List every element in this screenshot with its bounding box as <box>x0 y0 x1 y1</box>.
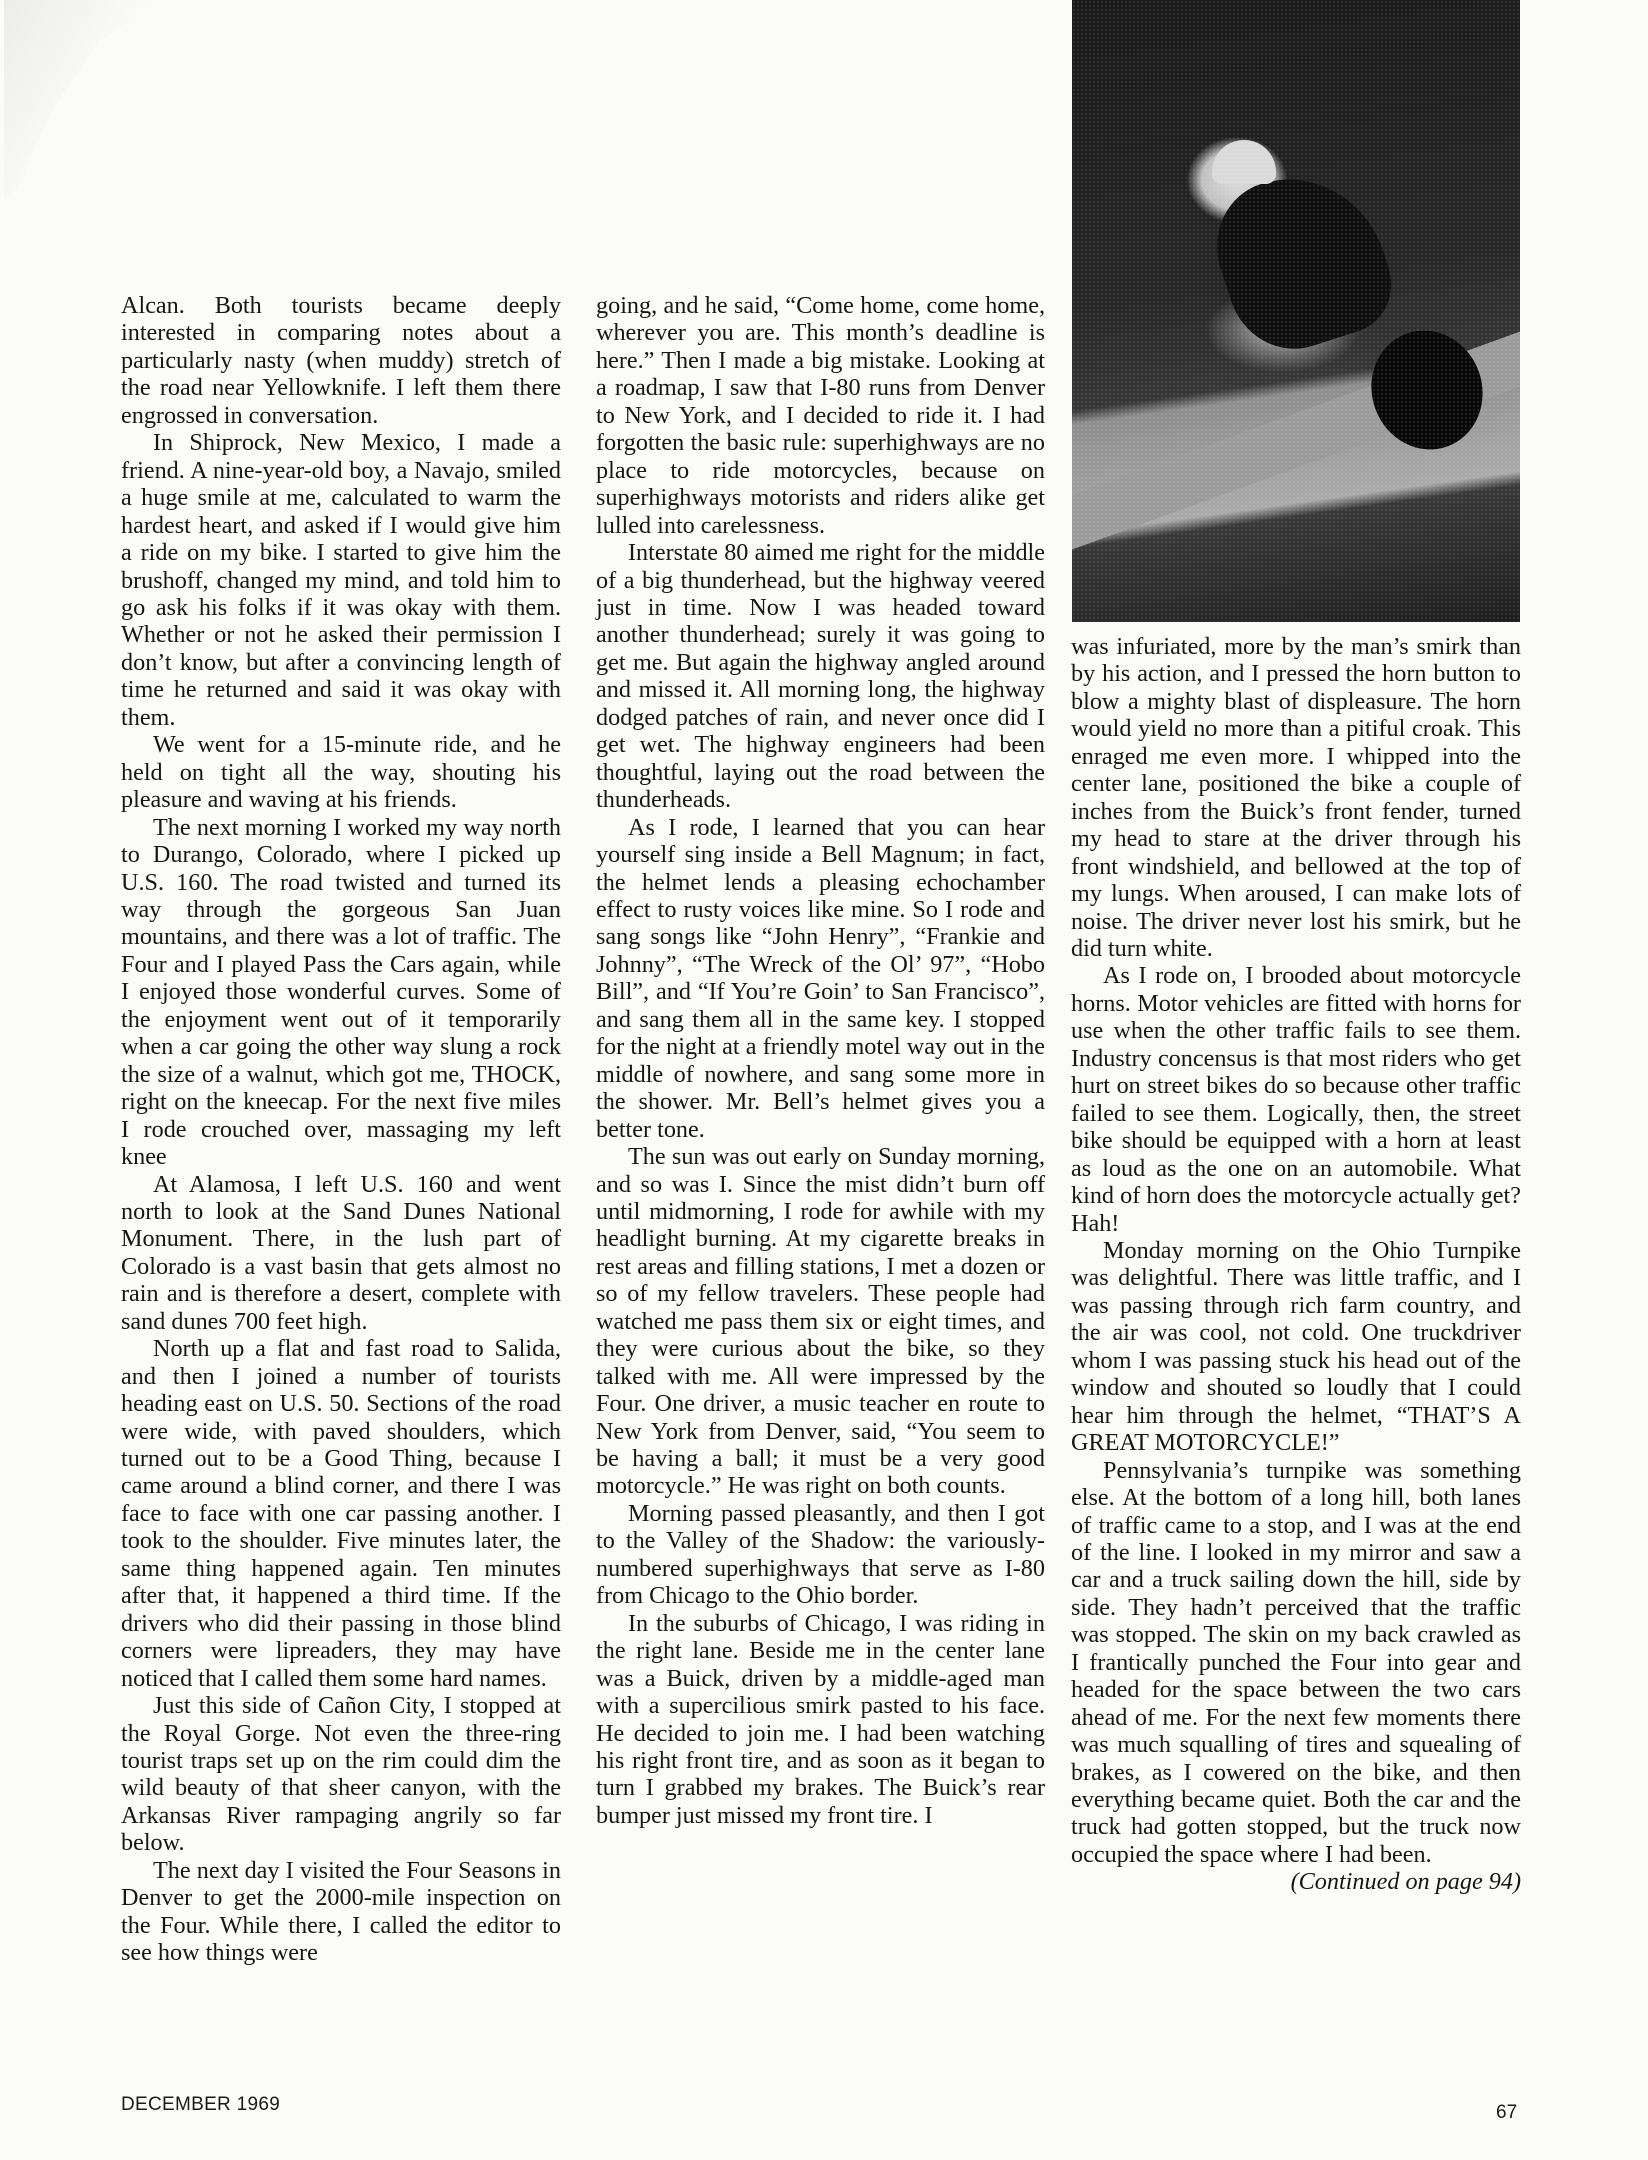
paragraph: Monday morning on the Ohio Turn­pike was… <box>1071 1237 1521 1457</box>
article-column-3: was infuriated, more by the man’s smirk … <box>1071 633 1521 1896</box>
paragraph: In Shiprock, New Mexico, I made a friend… <box>121 429 561 731</box>
paragraph: The next morning I worked my way north t… <box>121 814 561 1171</box>
continued-link[interactable]: (Continued on page 94) <box>1259 1868 1521 1895</box>
paragraph: Alcan. Both tourists became deeply inter… <box>121 292 561 429</box>
paragraph: Morning passed pleasantly, and then I go… <box>596 1500 1045 1610</box>
paragraph: In the suburbs of Chicago, I was rid­ing… <box>596 1610 1045 1830</box>
paragraph: The sun was out early on Sunday morning,… <box>596 1143 1045 1500</box>
paragraph: At Alamosa, I left U.S. 160 and went nor… <box>121 1171 561 1336</box>
article-column-2: going, and he said, “Come home, come hom… <box>596 292 1045 1829</box>
helmet-icon <box>1212 140 1276 184</box>
paragraph: As I rode on, I brooded about motor­cycl… <box>1071 962 1521 1237</box>
paragraph: We went for a 15-minute ride, and he hel… <box>121 731 561 813</box>
paragraph: Just this side of Cañon City, I stopped … <box>121 1692 561 1857</box>
page-corner-fold <box>4 0 164 200</box>
paragraph-last: Pennsylvania’s turnpike was some­thing e… <box>1071 1457 1521 1869</box>
article-column-1: Alcan. Both tourists became deeply inter… <box>121 292 561 1967</box>
page-number: 67 <box>1496 2102 1517 2124</box>
paragraph-text: Pennsylvania’s turnpike was some­thing e… <box>1071 1457 1521 1868</box>
rider-silhouette <box>1200 154 1405 365</box>
paragraph: going, and he said, “Come home, come hom… <box>596 292 1045 539</box>
paragraph: Interstate 80 aimed me right for the mid… <box>596 539 1045 814</box>
paragraph: The next day I visited the Four Sea­sons… <box>121 1857 561 1967</box>
paragraph: was infuriated, more by the man’s smirk … <box>1071 633 1521 962</box>
paragraph: As I rode, I learned that you can hear y… <box>596 814 1045 1143</box>
issue-date: DECEMBER 1969 <box>121 2094 280 2116</box>
motorcycle-photo <box>1072 0 1520 622</box>
motorcycle-wheel <box>1355 315 1499 465</box>
paragraph: North up a flat and fast road to Sali­da… <box>121 1335 561 1692</box>
